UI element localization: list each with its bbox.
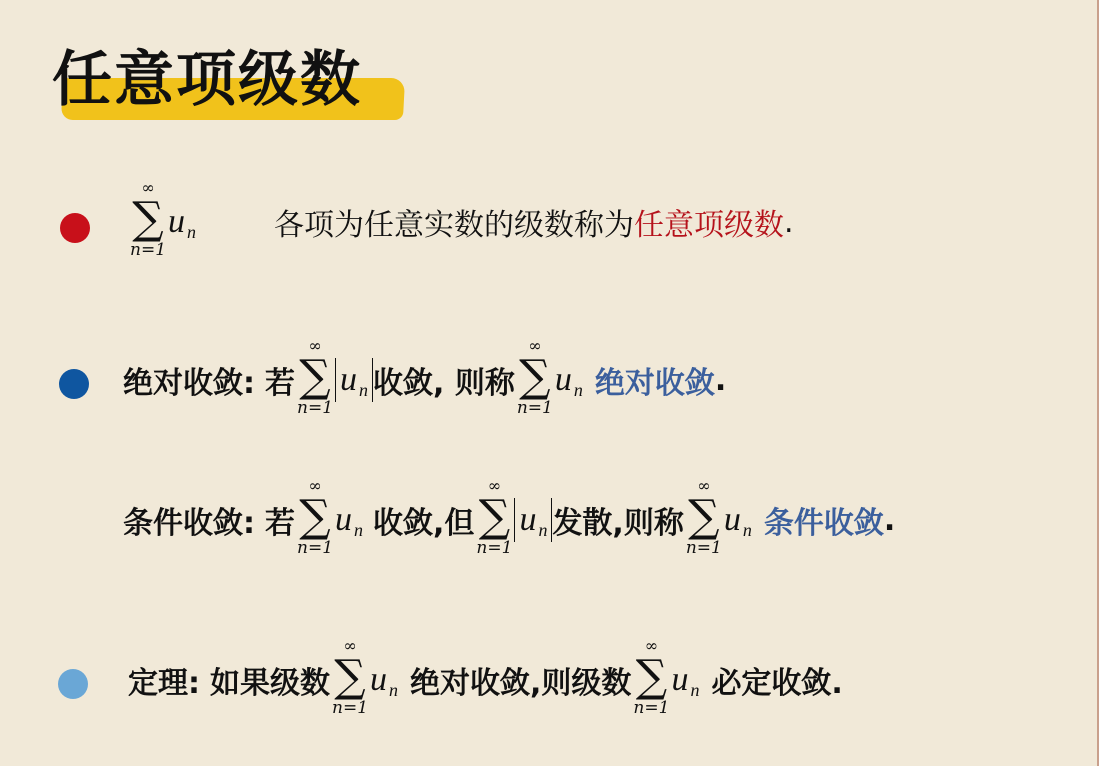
period: . bbox=[884, 503, 895, 538]
sum-lower: n=1 bbox=[130, 242, 166, 264]
text: 必定收敛. bbox=[711, 658, 842, 702]
definition-text: 各项为任意实数的级数称为 bbox=[274, 200, 634, 244]
item-definition: ∞ ∑ n=1 un 各项为任意实数的级数称为 任意项级数 . bbox=[128, 180, 794, 264]
item-conditional-convergence: 条件收敛: 若 ∞∑n=1 un 收敛,但 ∞∑n=1 un 发散,则称 ∞∑n… bbox=[123, 478, 895, 562]
highlight-text: 条件收敛 bbox=[764, 498, 884, 542]
term-un: un bbox=[671, 661, 699, 699]
sum-symbol: ∞∑n=1 bbox=[633, 638, 669, 722]
item-absolute-convergence: 绝对收敛: 若 ∞∑n=1 un 收敛, 则称 ∞∑n=1 un 绝对收敛 . bbox=[123, 338, 726, 422]
item-theorem: 定理: 如果级数 ∞∑n=1 un 绝对收敛,则级数 ∞∑n=1 un 必定收敛… bbox=[128, 638, 843, 722]
sum-symbol: ∞∑n=1 bbox=[297, 478, 333, 562]
highlight-text: 绝对收敛 bbox=[595, 358, 715, 402]
text: 发散,则称 bbox=[552, 498, 683, 542]
label: 定理: bbox=[128, 658, 200, 702]
sum-symbol: ∞∑n=1 bbox=[476, 478, 512, 562]
absolute-value: un bbox=[335, 358, 373, 402]
bullet-red-icon bbox=[60, 213, 90, 243]
absolute-value: un bbox=[514, 498, 552, 542]
sum-symbol: ∞∑n=1 bbox=[332, 638, 368, 722]
sum-symbol: ∞ ∑ n=1 bbox=[130, 180, 166, 264]
period: . bbox=[784, 205, 794, 240]
label: 条件收敛: bbox=[123, 498, 255, 542]
term-un: un bbox=[370, 661, 398, 699]
period: . bbox=[715, 363, 726, 398]
text: 若 bbox=[265, 358, 295, 402]
term-un: un bbox=[168, 203, 196, 241]
term-un: un bbox=[555, 361, 583, 399]
text: 收敛,但 bbox=[373, 498, 474, 542]
sum-symbol: ∞∑n=1 bbox=[686, 478, 722, 562]
bullet-light-blue-icon bbox=[58, 669, 88, 699]
title-block: 任意项级数 bbox=[52, 40, 362, 120]
term-un: un bbox=[335, 501, 363, 539]
sigma-icon: ∑ bbox=[132, 196, 163, 242]
bullet-dark-blue-icon bbox=[59, 369, 89, 399]
text: 收敛, 则称 bbox=[373, 358, 515, 402]
text: 若 bbox=[265, 498, 295, 542]
page-title: 任意项级数 bbox=[52, 40, 362, 120]
text: 绝对收敛,则级数 bbox=[410, 658, 631, 702]
sum-symbol: ∞∑n=1 bbox=[517, 338, 553, 422]
definition-highlight: 任意项级数 bbox=[634, 200, 784, 244]
sum-symbol: ∞∑n=1 bbox=[297, 338, 333, 422]
label: 绝对收敛: bbox=[123, 358, 255, 402]
term-un: un bbox=[724, 501, 752, 539]
text: 如果级数 bbox=[210, 658, 330, 702]
